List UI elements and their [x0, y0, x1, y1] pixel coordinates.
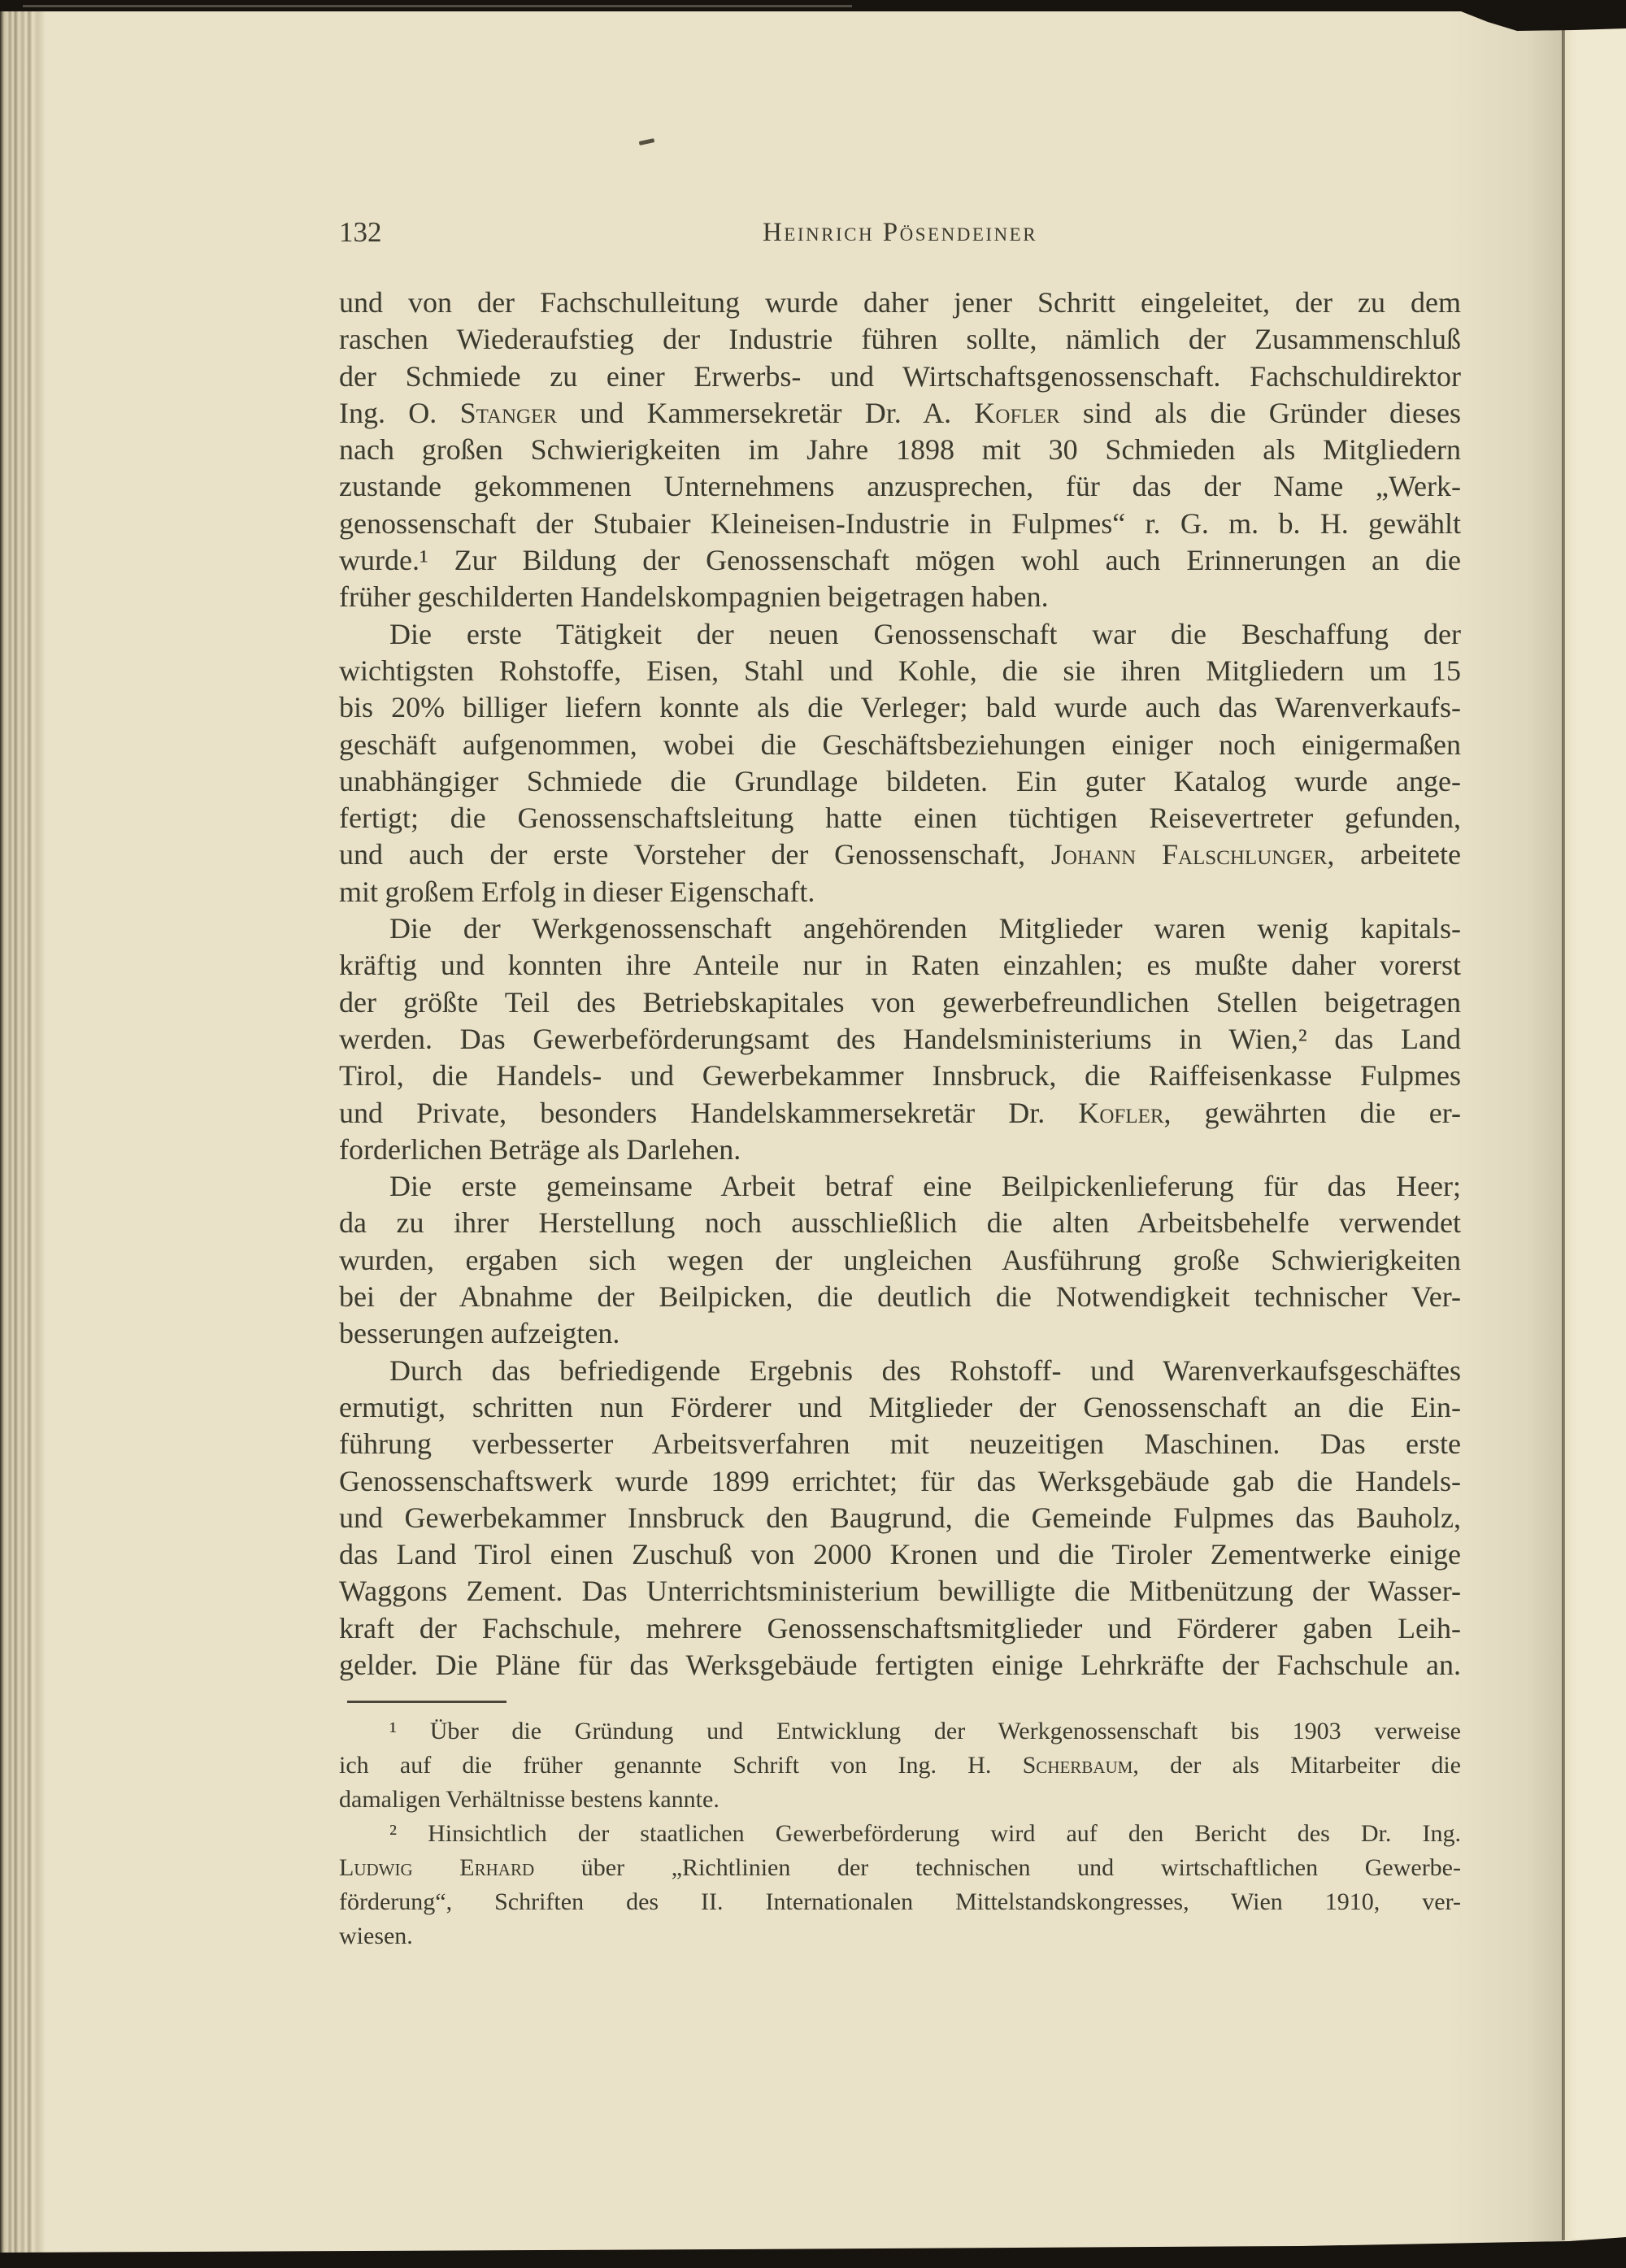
text-segment: bei der Abnahme der Beilpicken, die deut…: [339, 1280, 1461, 1313]
gutter-shadow: [1447, 0, 1562, 2268]
text-segment: forderlichen Beträge als Darlehen.: [339, 1133, 741, 1166]
small-caps-name: Scherbaum: [1023, 1752, 1133, 1779]
footnote: ² Hinsichtlich der staatlichen Gewerbefö…: [339, 1817, 1461, 1953]
text-line: Tirol, die Handels- und Gewerbekammer In…: [339, 1058, 1461, 1094]
text-line: der Schmiede zu einer Erwerbs- und Wirts…: [339, 358, 1461, 395]
text-segment: raschen Wiederaufstieg der Industrie füh…: [339, 323, 1461, 355]
text-segment: und auch der erste Vorsteher der Genosse…: [339, 838, 1051, 871]
paragraph: Die der Werkgenossenschaft angehörenden …: [339, 910, 1461, 1168]
text-segment: genossenschaft der Stubaier Kleineisen-I…: [339, 507, 1461, 540]
text-line: Die erste Tätigkeit der neuen Genossensc…: [339, 616, 1461, 653]
text-segment: besserungen aufzeigten.: [339, 1317, 620, 1349]
text-segment: früher geschilderten Handelskompagnien b…: [339, 580, 1049, 613]
text-line: Genossenschaftswerk wurde 1899 errichtet…: [339, 1463, 1461, 1500]
paragraph: Die erste Tätigkeit der neuen Genossensc…: [339, 616, 1461, 910]
text-segment: der größte Teil des Betriebskapitales vo…: [339, 986, 1461, 1019]
text-line: gelder. Die Pläne für das Werksgebäude f…: [339, 1647, 1461, 1684]
paragraph: und von der Fachschulleitung wurde daher…: [339, 285, 1461, 616]
text-segment: und Kammersekretär Dr. A.: [557, 397, 974, 429]
text-segment: Tirol, die Handels- und Gewerbekammer In…: [339, 1059, 1461, 1092]
text-line: das Land Tirol einen Zuschuß von 2000 Kr…: [339, 1536, 1461, 1573]
text-segment: das Land Tirol einen Zuschuß von 2000 Kr…: [339, 1538, 1461, 1571]
text-segment: gelder. Die Pläne für das Werksgebäude f…: [339, 1649, 1461, 1681]
text-segment: ² Hinsichtlich der staatlichen Gewerbefö…: [389, 1820, 1461, 1847]
text-line: und auch der erste Vorsteher der Genosse…: [339, 836, 1461, 873]
text-line: nach großen Schwierigkeiten im Jahre 189…: [339, 432, 1461, 468]
text-line: damaligen Verhältnisse bestens kannte.: [339, 1783, 1461, 1817]
text-line: forderlichen Beträge als Darlehen.: [339, 1132, 1461, 1168]
text-segment: und Gewerbekammer Innsbruck den Baugrund…: [339, 1501, 1461, 1534]
text-segment: damaligen Verhältnisse bestens kannte.: [339, 1786, 720, 1813]
paragraph: Die erste gemeinsame Arbeit betraf eine …: [339, 1168, 1461, 1352]
text-line: wiesen.: [339, 1919, 1461, 1953]
text-segment: Waggons Zement. Das Unterrichtsministeri…: [339, 1575, 1461, 1607]
text-line: Die erste gemeinsame Arbeit betraf eine …: [339, 1168, 1461, 1205]
small-caps-name: Stanger: [460, 397, 557, 429]
text-segment: Durch das befriedigende Ergebnis des Roh…: [389, 1354, 1461, 1387]
text-line: ermutigt, schritten nun Förderer und Mit…: [339, 1389, 1461, 1426]
text-segment: förderung“, Schriften des II. Internatio…: [339, 1888, 1461, 1915]
text-line: ich auf die früher genannte Schrift von …: [339, 1749, 1461, 1783]
footnote-separator-rule: [347, 1701, 506, 1703]
text-line: raschen Wiederaufstieg der Industrie füh…: [339, 321, 1461, 358]
text-line: Die der Werkgenossenschaft angehörenden …: [339, 910, 1461, 947]
footnote: ¹ Über die Gründung und Entwicklung der …: [339, 1714, 1461, 1817]
page-fold-line: [1562, 24, 1565, 2240]
text-line: und Gewerbekammer Innsbruck den Baugrund…: [339, 1500, 1461, 1536]
text-segment: fertigt; die Genossenschaftsleitung hatt…: [339, 802, 1461, 834]
text-segment: über „Richtlinien der technischen und wi…: [534, 1854, 1461, 1881]
text-line: Ing. O. Stanger und Kammersekretär Dr. A…: [339, 395, 1461, 432]
text-segment: , der als Mitarbeiter die: [1133, 1752, 1461, 1779]
scan-bottom-border: [0, 2235, 1626, 2268]
text-segment: , arbeitete: [1327, 838, 1461, 871]
text-line: wurde.¹ Zur Bildung der Genossenschaft m…: [339, 542, 1461, 579]
text-line: da zu ihrer Herstellung noch ausschließl…: [339, 1205, 1461, 1241]
text-line: zustande gekommenen Unternehmens anzuspr…: [339, 468, 1461, 505]
text-segment: führung verbesserter Arbeitsverfahren mi…: [339, 1427, 1461, 1460]
text-segment: zustande gekommenen Unternehmens anzuspr…: [339, 470, 1461, 502]
text-line: wurden, ergaben sich wegen der ungleiche…: [339, 1242, 1461, 1279]
text-segment: mit großem Erfolg in dieser Eigenschaft.: [339, 875, 815, 908]
text-segment: wurden, ergaben sich wegen der ungleiche…: [339, 1244, 1461, 1276]
text-line: fertigt; die Genossenschaftsleitung hatt…: [339, 800, 1461, 836]
scan-top-border-highlight: [23, 5, 852, 7]
text-segment: ich auf die früher genannte Schrift von …: [339, 1752, 1023, 1779]
text-segment: kraft der Fachschule, mehrere Genossensc…: [339, 1612, 1461, 1645]
running-header: Heinrich Pösendeiner: [339, 218, 1461, 248]
text-segment: geschäft aufgenommen, wobei die Geschäft…: [339, 728, 1461, 761]
text-segment: ermutigt, schritten nun Förderer und Mit…: [339, 1391, 1461, 1423]
text-line: früher geschilderten Handelskompagnien b…: [339, 579, 1461, 615]
text-line: Durch das befriedigende Ergebnis des Roh…: [339, 1353, 1461, 1389]
text-segment: Die erste gemeinsame Arbeit betraf eine …: [389, 1170, 1461, 1202]
text-segment: , gewährten die er-: [1164, 1097, 1461, 1129]
text-line: unabhängiger Schmiede die Grundlage bild…: [339, 763, 1461, 800]
paragraph: Durch das befriedigende Ergebnis des Roh…: [339, 1353, 1461, 1684]
book-page-scan: 132 Heinrich Pösendeiner und von der Fac…: [0, 0, 1626, 2268]
text-line: ² Hinsichtlich der staatlichen Gewerbefö…: [339, 1817, 1461, 1851]
text-line: und von der Fachschulleitung wurde daher…: [339, 285, 1461, 321]
text-segment: unabhängiger Schmiede die Grundlage bild…: [339, 765, 1461, 797]
small-caps-name: Johann Falschlunger: [1051, 838, 1327, 871]
text-line: führung verbesserter Arbeitsverfahren mi…: [339, 1426, 1461, 1462]
text-segment: wurde.¹ Zur Bildung der Genossenschaft m…: [339, 544, 1461, 576]
text-line: Waggons Zement. Das Unterrichtsministeri…: [339, 1573, 1461, 1610]
small-caps-name: Kofler: [1078, 1097, 1163, 1129]
text-line: geschäft aufgenommen, wobei die Geschäft…: [339, 727, 1461, 763]
text-segment: Ing. O.: [339, 397, 460, 429]
text-line: ¹ Über die Gründung und Entwicklung der …: [339, 1714, 1461, 1749]
text-segment: Die erste Tätigkeit der neuen Genossensc…: [389, 618, 1461, 650]
text-line: förderung“, Schriften des II. Internatio…: [339, 1885, 1461, 1919]
text-line: Ludwig Erhard über „Richtlinien der tech…: [339, 1851, 1461, 1885]
text-line: und Private, besonders Handelskammersekr…: [339, 1095, 1461, 1132]
text-segment: da zu ihrer Herstellung noch ausschließl…: [339, 1206, 1461, 1239]
text-segment: kräftig und konnten ihre Anteile nur in …: [339, 949, 1461, 981]
text-segment: Die der Werkgenossenschaft angehörenden …: [389, 912, 1461, 945]
stacked-page-edges: [0, 0, 50, 2268]
text-line: wichtigsten Rohstoffe, Eisen, Stahl und …: [339, 653, 1461, 689]
text-line: bei der Abnahme der Beilpicken, die deut…: [339, 1279, 1461, 1315]
small-caps-name: Kofler: [974, 397, 1059, 429]
text-line: mit großem Erfolg in dieser Eigenschaft.: [339, 874, 1461, 910]
text-segment: werden. Das Gewerbeförderungsamt des Han…: [339, 1023, 1461, 1055]
stray-ink-mark: [639, 138, 655, 146]
text-segment: wichtigsten Rohstoffe, Eisen, Stahl und …: [339, 654, 1461, 687]
text-segment: und Private, besonders Handelskammersekr…: [339, 1097, 1078, 1129]
text-segment: nach großen Schwierigkeiten im Jahre 189…: [339, 433, 1461, 466]
footnotes: ¹ Über die Gründung und Entwicklung der …: [339, 1714, 1461, 1953]
text-line: genossenschaft der Stubaier Kleineisen-I…: [339, 506, 1461, 542]
text-segment: ¹ Über die Gründung und Entwicklung der …: [389, 1718, 1461, 1744]
body-text: und von der Fachschulleitung wurde daher…: [339, 285, 1461, 1684]
text-line: kräftig und konnten ihre Anteile nur in …: [339, 947, 1461, 984]
text-segment: bis 20% billiger liefern konnte als die …: [339, 691, 1461, 723]
facing-page-edge: [1565, 26, 1626, 2239]
text-segment: wiesen.: [339, 1923, 413, 1949]
text-segment: sind als die Gründer dieses: [1060, 397, 1461, 429]
text-line: der größte Teil des Betriebskapitales vo…: [339, 984, 1461, 1021]
small-caps-name: Ludwig Erhard: [339, 1854, 534, 1881]
text-line: kraft der Fachschule, mehrere Genossensc…: [339, 1610, 1461, 1647]
text-segment: und von der Fachschulleitung wurde daher…: [339, 286, 1461, 319]
text-line: besserungen aufzeigten.: [339, 1315, 1461, 1352]
text-line: werden. Das Gewerbeförderungsamt des Han…: [339, 1021, 1461, 1058]
text-line: bis 20% billiger liefern konnte als die …: [339, 689, 1461, 726]
text-segment: der Schmiede zu einer Erwerbs- und Wirts…: [339, 360, 1461, 393]
text-segment: Genossenschaftswerk wurde 1899 errichtet…: [339, 1465, 1461, 1497]
